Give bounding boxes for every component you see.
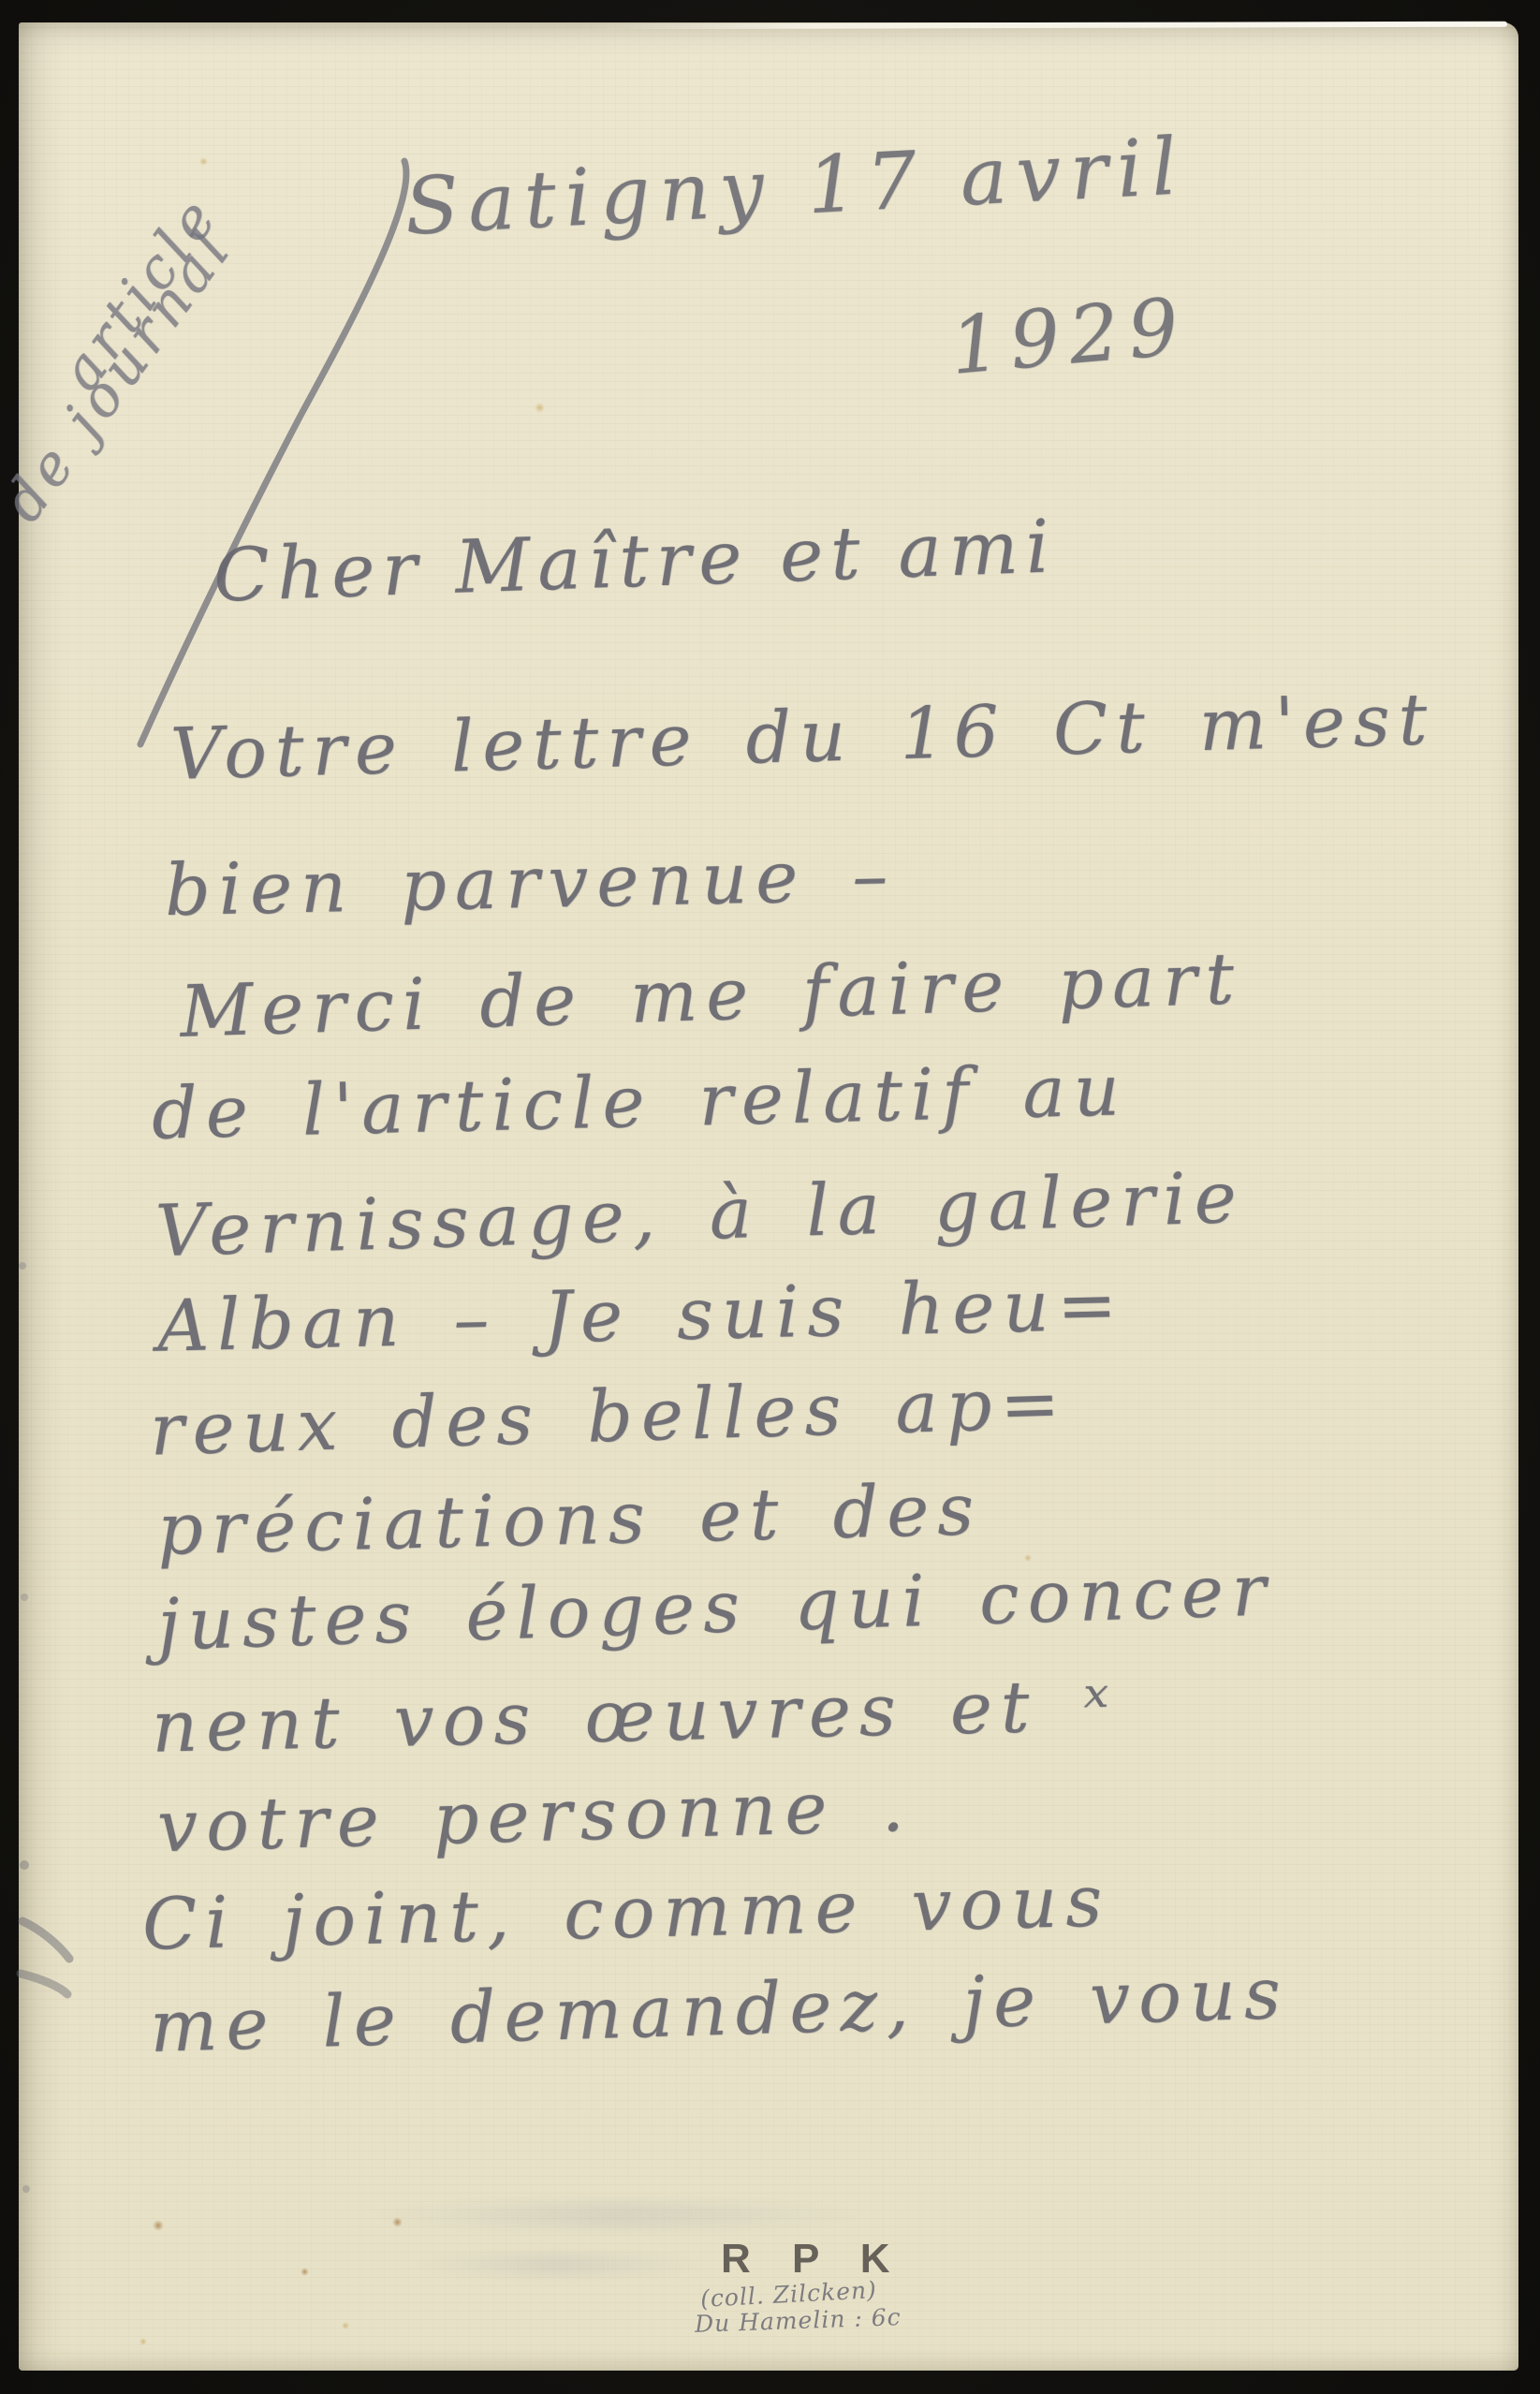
letter-line: bien parvenue – (164, 833, 897, 932)
scanned-letter-page: { "letter": { "margin_note": { "word1": … (0, 0, 1540, 2394)
foxing-spot (392, 2217, 403, 2227)
rpk-collection-stamp: R P K (721, 2236, 905, 2283)
foxing-spot (301, 2268, 309, 2276)
foxing-spot (199, 157, 208, 166)
foxing-spot (1024, 1554, 1032, 1562)
bleedthrough-smudge (356, 2202, 880, 2228)
foxing-spot (139, 2338, 147, 2345)
bleedthrough-smudge (403, 2254, 711, 2275)
foxing-spot (342, 2322, 349, 2329)
foxing-spot (535, 403, 545, 413)
foxing-spot (153, 2220, 164, 2231)
